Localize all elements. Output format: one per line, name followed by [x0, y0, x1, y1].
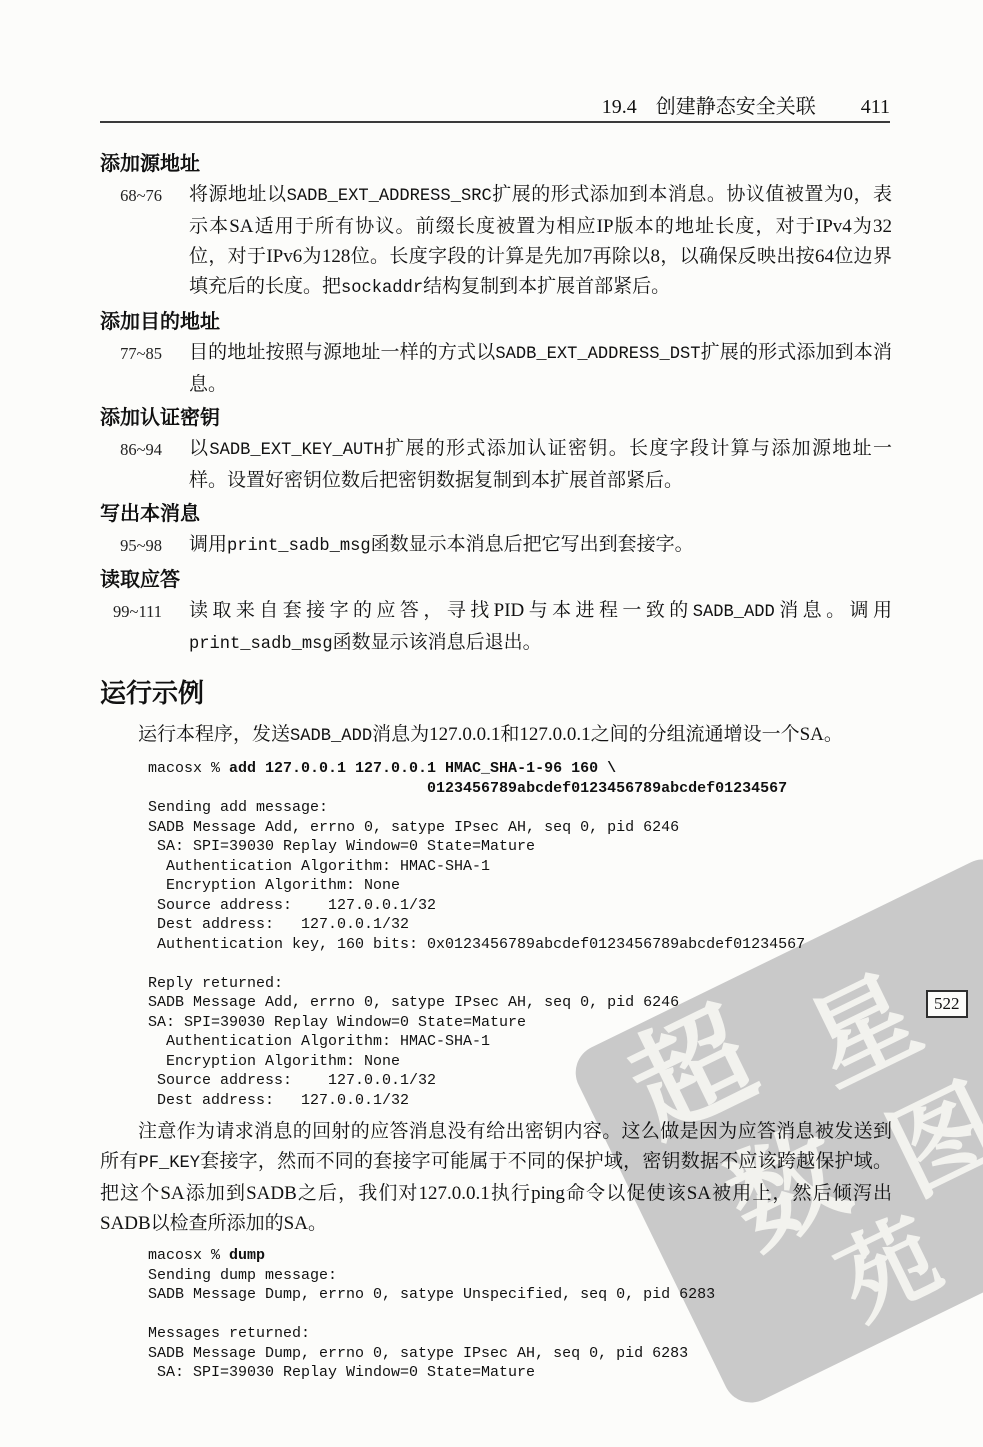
text-segment: SA: SPI=39030 Replay Window=0 State=Matu…	[148, 1364, 535, 1381]
commentary-paragraph: 目的地址按照与源地址一样的方式以SADB_EXT_ADDRESS_DST扩展的形…	[189, 338, 892, 400]
text-segment: Sending add message:	[148, 799, 328, 816]
text-segment: 消息为127.0.0.1和127.0.0.1之间的分组流通增设一个SA。	[372, 724, 843, 745]
text-segment: 套接字，然而不同的套接字可能属于不同的保护域，密钥数据不应该跨越保护域。把这个S…	[100, 1151, 892, 1234]
terminal-line: SADB Message Dump, errno 0, satype Unspe…	[148, 1285, 892, 1305]
terminal-line: Sending add message:	[148, 798, 892, 818]
commentary-paragraph: 将源地址以SADB_EXT_ADDRESS_SRC扩展的形式添加到本消息。协议值…	[189, 180, 892, 304]
section-heading-add-auth-key: 添加认证密钥	[100, 403, 892, 433]
terminal-line: Encryption Algorithm: None	[148, 1052, 892, 1072]
terminal-line: Dest address: 127.0.0.1/32	[148, 1091, 892, 1111]
text-segment: SADB Message Add, errno 0, satype IPsec …	[148, 819, 679, 836]
text-segment: 结构复制到本扩展首部紧后。	[423, 276, 670, 297]
text-segment: SADB Message Add, errno 0, satype IPsec …	[148, 994, 679, 1011]
run-example-note-paragraph: 注意作为请求消息的回射的应答消息没有给出密钥内容。这么做是因为应答消息被发送到所…	[100, 1117, 892, 1239]
text-segment: Authentication key, 160 bits: 0x01234567…	[148, 936, 805, 953]
book-page: 超 星 数 图 苑 PDG 19.4 创建静态安全关联 411 522 添加源地…	[0, 0, 983, 1447]
running-head-section-number: 19.4	[602, 96, 637, 118]
terminal-line: SA: SPI=39030 Replay Window=0 State=Matu…	[148, 837, 892, 857]
text-segment: dump	[229, 1247, 265, 1264]
line-range-label: 68~76	[100, 180, 162, 304]
text-segment: SADB_ADD	[693, 603, 775, 622]
text-segment: Encryption Algorithm: None	[148, 877, 400, 894]
text-segment: 函数显示本消息后把它写出到套接字。	[371, 534, 694, 555]
text-segment: Sending dump message:	[148, 1267, 337, 1284]
terminal-line	[148, 1305, 892, 1325]
text-segment: add 127.0.0.1 127.0.0.1 HMAC_SHA-1-96 16…	[229, 760, 616, 777]
terminal-line: SA: SPI=39030 Replay Window=0 State=Matu…	[148, 1013, 892, 1033]
text-segment: SA: SPI=39030 Replay Window=0 State=Matu…	[148, 838, 535, 855]
terminal-line: 0123456789abcdef0123456789abcdef01234567	[148, 779, 892, 799]
terminal-line: macosx % add 127.0.0.1 127.0.0.1 HMAC_SH…	[148, 759, 892, 779]
text-segment: sockaddr	[341, 279, 423, 298]
terminal-line: Encryption Algorithm: None	[148, 876, 892, 896]
line-range-label: 77~85	[100, 338, 162, 400]
terminal-line: Authentication key, 160 bits: 0x01234567…	[148, 935, 892, 955]
text-segment: Reply returned:	[148, 975, 283, 992]
commentary-paragraph: 以SADB_EXT_KEY_AUTH扩展的形式添加认证密钥。长度字段计算与添加源…	[189, 434, 892, 496]
text-segment: SADB Message Dump, errno 0, satype IPsec…	[148, 1345, 688, 1362]
text-segment: macosx %	[148, 1247, 229, 1264]
text-segment: 函数显示该消息后退出。	[333, 632, 542, 653]
text-segment: PF_KEY	[138, 1154, 200, 1173]
page-content: 添加源地址 68~76 将源地址以SADB_EXT_ADDRESS_SRC扩展的…	[100, 146, 892, 1390]
terminal-line: Messages returned:	[148, 1324, 892, 1344]
text-segment: Encryption Algorithm: None	[148, 1053, 400, 1070]
terminal-line: SADB Message Add, errno 0, satype IPsec …	[148, 818, 892, 838]
text-segment: 将源地址以	[189, 184, 287, 205]
text-segment: SADB_EXT_KEY_AUTH	[209, 441, 383, 460]
running-head-title: 创建静态安全关联	[656, 96, 816, 118]
text-segment: Authentication Algorithm: HMAC-SHA-1	[148, 1033, 490, 1050]
header-rule	[100, 121, 890, 123]
terminal-line: Source address: 127.0.0.1/32	[148, 1071, 892, 1091]
text-segment: print_sadb_msg	[189, 635, 333, 654]
scan-page-badge: 522	[926, 990, 968, 1018]
text-segment: Dest address: 127.0.0.1/32	[148, 1092, 409, 1109]
text-segment: macosx %	[148, 760, 229, 777]
text-segment: Messages returned:	[148, 1325, 310, 1342]
section-heading-add-source-address: 添加源地址	[100, 149, 892, 179]
running-head: 19.4 创建静态安全关联 411	[602, 90, 890, 119]
text-segment: SADB_EXT_ADDRESS_DST	[495, 345, 700, 364]
text-segment: 读取来自套接字的应答，寻找PID与本进程一致的	[189, 600, 693, 621]
line-range-label: 99~111	[100, 596, 162, 660]
text-segment: 0123456789abcdef0123456789abcdef01234567	[427, 780, 787, 797]
text-segment: Authentication Algorithm: HMAC-SHA-1	[148, 858, 490, 875]
commentary-paragraph: 调用print_sadb_msg函数显示本消息后把它写出到套接字。	[189, 530, 892, 562]
terminal-line: Dest address: 127.0.0.1/32	[148, 915, 892, 935]
terminal-line: Source address: 127.0.0.1/32	[148, 896, 892, 916]
section-heading-read-reply: 读取应答	[100, 565, 892, 595]
line-commentary-entry: 68~76 将源地址以SADB_EXT_ADDRESS_SRC扩展的形式添加到本…	[100, 180, 892, 304]
terminal-output-add: macosx % add 127.0.0.1 127.0.0.1 HMAC_SH…	[148, 759, 892, 1110]
subsection-heading-run-example: 运行示例	[100, 676, 892, 710]
terminal-line: macosx % dump	[148, 1246, 892, 1266]
text-segment: Source address: 127.0.0.1/32	[148, 1072, 436, 1089]
text-segment: 运行本程序，发送	[138, 724, 290, 745]
text-segment: print_sadb_msg	[227, 537, 371, 556]
line-range-label: 95~98	[100, 530, 162, 562]
terminal-line: SADB Message Dump, errno 0, satype IPsec…	[148, 1344, 892, 1364]
section-heading-add-dest-address: 添加目的地址	[100, 307, 892, 337]
line-commentary-entry: 99~111 读取来自套接字的应答，寻找PID与本进程一致的SADB_ADD消息…	[100, 596, 892, 660]
text-segment: Dest address: 127.0.0.1/32	[148, 916, 409, 933]
commentary-paragraph: 读取来自套接字的应答，寻找PID与本进程一致的SADB_ADD消息。调用prin…	[189, 596, 892, 660]
line-commentary-entry: 77~85 目的地址按照与源地址一样的方式以SADB_EXT_ADDRESS_D…	[100, 338, 892, 400]
text-segment: 以	[189, 438, 209, 459]
line-range-label: 86~94	[100, 434, 162, 496]
section-heading-write-message: 写出本消息	[100, 499, 892, 529]
line-commentary-entry: 95~98 调用print_sadb_msg函数显示本消息后把它写出到套接字。	[100, 530, 892, 562]
text-segment: Source address: 127.0.0.1/32	[148, 897, 436, 914]
terminal-line: SA: SPI=39030 Replay Window=0 State=Matu…	[148, 1363, 892, 1383]
terminal-output-dump: macosx % dumpSending dump message:SADB M…	[148, 1246, 892, 1383]
terminal-line: Reply returned:	[148, 974, 892, 994]
text-segment: SADB_ADD	[290, 727, 372, 746]
text-segment: 消息。调用	[775, 600, 892, 621]
text-segment: SADB Message Dump, errno 0, satype Unspe…	[148, 1286, 715, 1303]
terminal-line: Authentication Algorithm: HMAC-SHA-1	[148, 857, 892, 877]
text-segment: SA: SPI=39030 Replay Window=0 State=Matu…	[148, 1014, 526, 1031]
terminal-line	[148, 954, 892, 974]
text-segment: 目的地址按照与源地址一样的方式以	[189, 342, 495, 363]
text-segment: SADB_EXT_ADDRESS_SRC	[287, 187, 492, 206]
running-head-page-number: 411	[861, 96, 890, 118]
line-commentary-entry: 86~94 以SADB_EXT_KEY_AUTH扩展的形式添加认证密钥。长度字段…	[100, 434, 892, 496]
terminal-line: Authentication Algorithm: HMAC-SHA-1	[148, 1032, 892, 1052]
text-segment	[148, 780, 427, 797]
run-example-intro-paragraph: 运行本程序，发送SADB_ADD消息为127.0.0.1和127.0.0.1之间…	[100, 720, 892, 752]
terminal-line: SADB Message Add, errno 0, satype IPsec …	[148, 993, 892, 1013]
terminal-line: Sending dump message:	[148, 1266, 892, 1286]
text-segment: 调用	[189, 534, 227, 555]
